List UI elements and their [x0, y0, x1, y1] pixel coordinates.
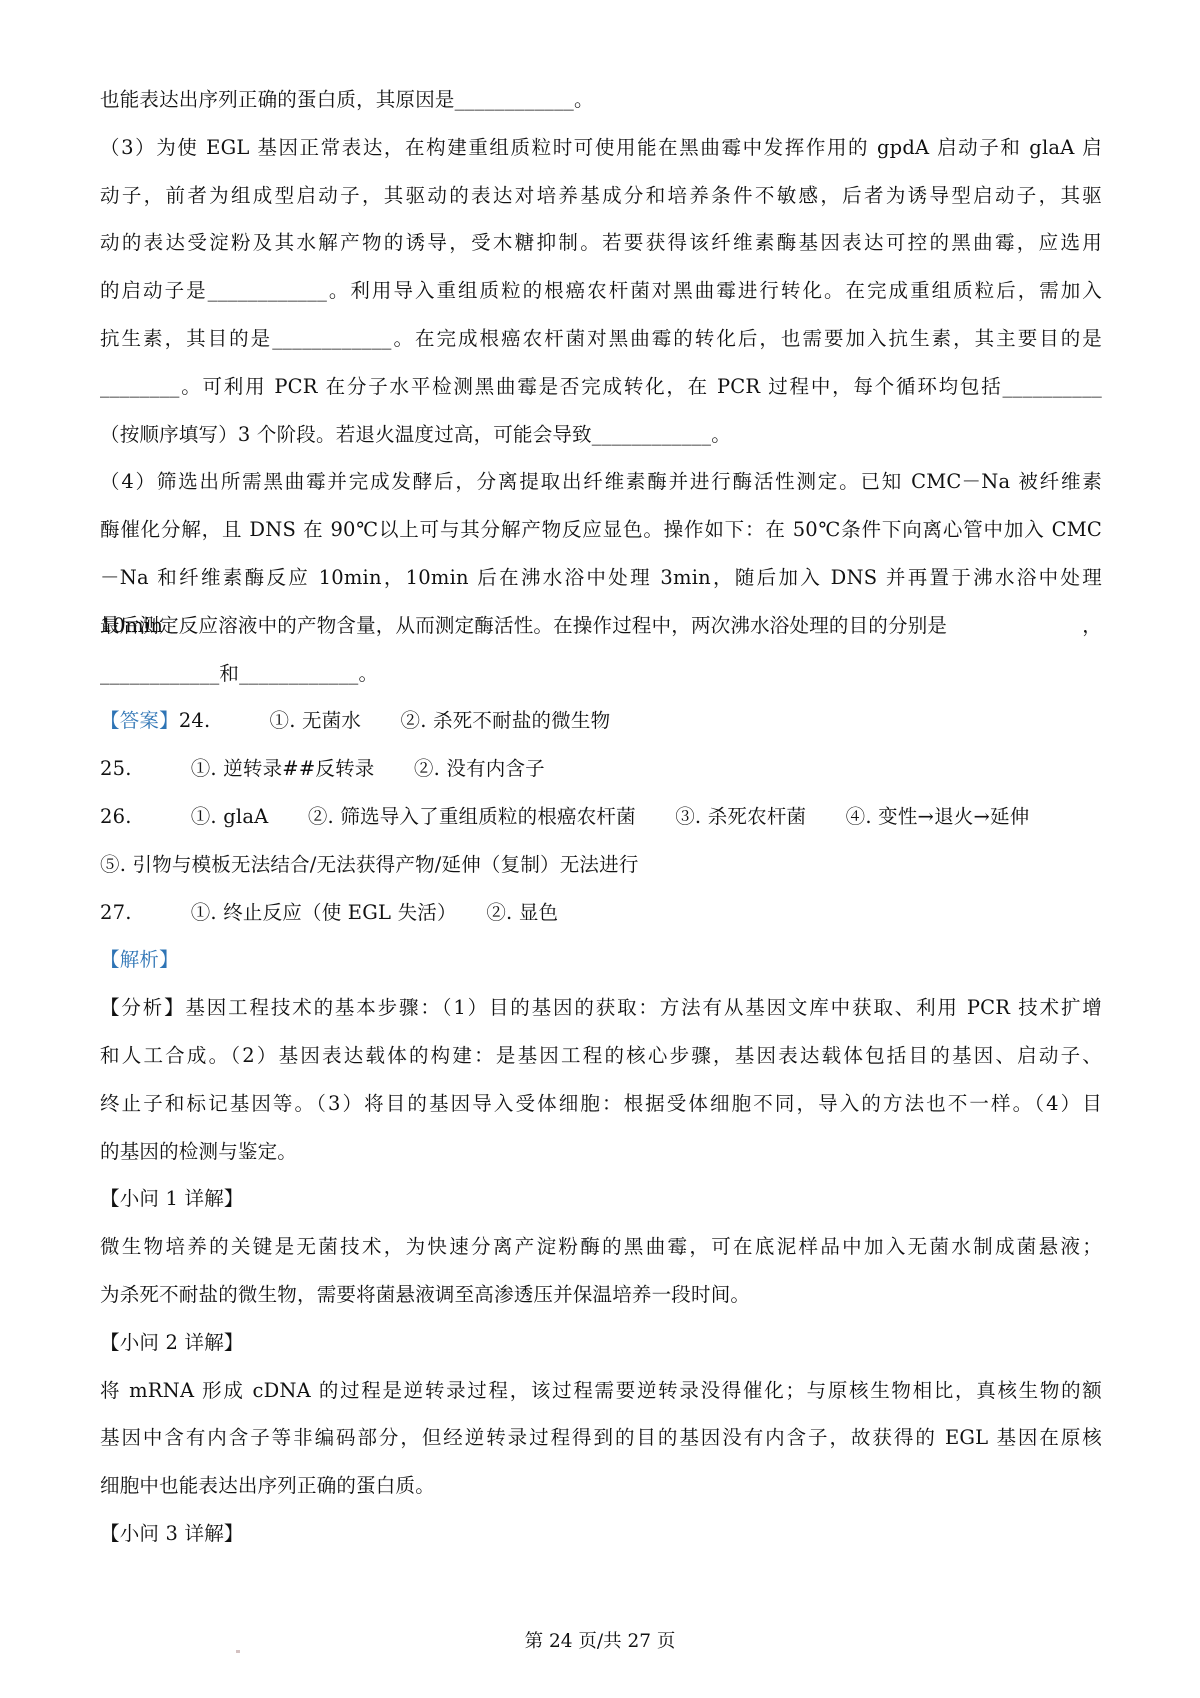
text-line: 【小问 2 详解】 [100, 1319, 1102, 1367]
text-segment: 【分析】基因工程技术的基本步骤：（1）目的基因的获取：方法有从基因文库中获取、利… [100, 996, 1102, 1019]
section-label: 【解析】 [100, 948, 179, 971]
document-body-text: 也能表达出序列正确的蛋白质，其原因是____________。（3）为使 EGL… [100, 76, 1102, 1558]
text-line: 25. ①. 逆转录##反转录 ②. 没有内含子 [100, 745, 1102, 793]
text-segment: 27. ①. 终止反应（使 EGL 失活） ②. 显色 [100, 901, 558, 924]
text-segment: （3）为使 EGL 基因正常表达，在构建重组质粒时可使用能在黑曲霉中发挥作用的 … [100, 136, 1102, 159]
text-line: 和人工合成。（2）基因表达载体的构建：是基因工程的核心步骤，基因表达载体包括目的… [100, 1032, 1102, 1080]
text-segment: 终止子和标记基因等。（3）将目的基因导入受体细胞：根据受体细胞不同，导入的方法也… [100, 1092, 1102, 1115]
text-line: 也能表达出序列正确的蛋白质，其原因是____________。 [100, 76, 1102, 124]
text-line: 【解析】 [100, 936, 1102, 984]
text-line: 终止子和标记基因等。（3）将目的基因导入受体细胞：根据受体细胞不同，导入的方法也… [100, 1080, 1102, 1128]
text-segment: ⑤. 引物与模板无法结合/无法获得产物/延伸（复制）无法进行 [100, 853, 639, 876]
text-segment: 将 mRNA 形成 cDNA 的过程是逆转录过程，该过程需要逆转录没得催化；与原… [100, 1379, 1102, 1402]
text-segment: 【小问 3 详解】 [100, 1522, 244, 1545]
document-page: 也能表达出序列正确的蛋白质，其原因是____________。（3）为使 EGL… [0, 0, 1200, 1698]
text-line: 动子，前者为组成型启动子，其驱动的表达对培养基成分和培养条件不敏感，后者为诱导型… [100, 172, 1102, 220]
text-line: 【小问 1 详解】 [100, 1175, 1102, 1223]
text-segment: 26. ①. glaA ②. 筛选导入了重组质粒的根癌农杆菌 ③. 杀死农杆菌 … [100, 805, 1029, 828]
text-line: 微生物培养的关键是无菌技术，为快速分离产淀粉酶的黑曲霉，可在底泥样品中加入无菌水… [100, 1223, 1102, 1271]
text-line: 酶催化分解，且 DNS 在 90℃以上可与其分解产物反应显色。操作如下：在 50… [100, 506, 1102, 554]
text-line: ________。可利用 PCR 在分子水平检测黑曲霉是否完成转化，在 PCR … [100, 363, 1102, 411]
text-line: 【分析】基因工程技术的基本步骤：（1）目的基因的获取：方法有从基因文库中获取、利… [100, 984, 1102, 1032]
text-segment: 【小问 2 详解】 [100, 1331, 244, 1354]
text-line: －Na 和纤维素酶反应 10min，10min 后在沸水浴中处理 3min，随后… [100, 554, 1102, 602]
text-line: 细胞中也能表达出序列正确的蛋白质。 [100, 1462, 1102, 1510]
text-line: 27. ①. 终止反应（使 EGL 失活） ②. 显色 [100, 889, 1102, 937]
text-segment: 24. ①. 无菌水 ②. 杀死不耐盐的微生物 [179, 709, 611, 732]
text-segment: （4）筛选出所需黑曲霉并完成发酵后，分离提取出纤维素酶并进行酶活性测定。已知 C… [100, 470, 1102, 493]
text-segment: 【小问 1 详解】 [100, 1187, 244, 1210]
text-segment: （按顺序填写）3 个阶段。若退火温度过高，可能会导致____________。 [100, 423, 731, 446]
text-line: 动的表达受淀粉及其水解产物的诱导，受木糖抑制。若要获得该纤维素酶基因表达可控的黑… [100, 219, 1102, 267]
text-line: 抗生素，其目的是____________。在完成根癌农杆菌对黑曲霉的转化后，也需… [100, 315, 1102, 363]
text-line: 的启动子是____________。利用导入重组质粒的根癌农杆菌对黑曲霉进行转化… [100, 267, 1102, 315]
text-line: （按顺序填写）3 个阶段。若退火温度过高，可能会导致____________。 [100, 411, 1102, 459]
text-line: 将 mRNA 形成 cDNA 的过程是逆转录过程，该过程需要逆转录没得催化；与原… [100, 1367, 1102, 1415]
text-segment: 抗生素，其目的是____________。在完成根癌农杆菌对黑曲霉的转化后，也需… [100, 327, 1102, 350]
text-segment: ________。可利用 PCR 在分子水平检测黑曲霉是否完成转化，在 PCR … [100, 375, 1102, 398]
text-segment: 的基因的检测与鉴定。 [100, 1140, 297, 1163]
text-segment: 25. ①. 逆转录##反转录 ②. 没有内含子 [100, 757, 545, 780]
text-segment: 动子，前者为组成型启动子，其驱动的表达对培养基成分和培养条件不敏感，后者为诱导型… [100, 184, 1102, 207]
text-segment: 和人工合成。（2）基因表达载体的构建：是基因工程的核心步骤，基因表达载体包括目的… [100, 1044, 1102, 1067]
text-line: ____________和____________。 [100, 650, 1102, 698]
text-line: 基因中含有内含子等非编码部分，但经逆转录过程得到的目的基因没有内含子，故获得的 … [100, 1414, 1102, 1462]
text-segment: 酶催化分解，且 DNS 在 90℃以上可与其分解产物反应显色。操作如下：在 50… [100, 518, 1102, 541]
text-segment: 为杀死不耐盐的微生物，需要将菌悬液调至高渗透压并保温培养一段时间。 [100, 1283, 750, 1306]
page-number-footer: 第 24 页/共 27 页 [0, 1622, 1200, 1662]
text-segment: 动的表达受淀粉及其水解产物的诱导，受木糖抑制。若要获得该纤维素酶基因表达可控的黑… [100, 231, 1102, 254]
text-line: ⑤. 引物与模板无法结合/无法获得产物/延伸（复制）无法进行 [100, 841, 1102, 889]
text-segment: 微生物培养的关键是无菌技术，为快速分离产淀粉酶的黑曲霉，可在底泥样品中加入无菌水… [100, 1235, 1102, 1258]
text-segment: 也能表达出序列正确的蛋白质，其原因是____________。 [100, 88, 594, 111]
text-segment: 最后测定反应溶液中的产物含量，从而测定酶活性。在操作过程中，两次沸水浴处理的目的… [100, 614, 947, 637]
text-line: 的基因的检测与鉴定。 [100, 1128, 1102, 1176]
text-segment: 基因中含有内含子等非编码部分，但经逆转录过程得到的目的基因没有内含子，故获得的 … [100, 1426, 1102, 1449]
text-segment: 细胞中也能表达出序列正确的蛋白质。 [100, 1474, 435, 1497]
text-line: 26. ①. glaA ②. 筛选导入了重组质粒的根癌农杆菌 ③. 杀死农杆菌 … [100, 793, 1102, 841]
text-line: 【小问 3 详解】 [100, 1510, 1102, 1558]
text-line: （3）为使 EGL 基因正常表达，在构建重组质粒时可使用能在黑曲霉中发挥作用的 … [100, 124, 1102, 172]
text-segment: 的启动子是____________。利用导入重组质粒的根癌农杆菌对黑曲霉进行转化… [100, 279, 1102, 302]
text-line: 【答案】24. ①. 无菌水 ②. 杀死不耐盐的微生物 [100, 697, 1102, 745]
text-line: （4）筛选出所需黑曲霉并完成发酵后，分离提取出纤维素酶并进行酶活性测定。已知 C… [100, 458, 1102, 506]
text-segment: ____________和____________。 [100, 662, 378, 685]
text-line: 为杀死不耐盐的微生物，需要将菌悬液调至高渗透压并保温培养一段时间。 [100, 1271, 1102, 1319]
section-label: 【答案】 [100, 709, 179, 732]
